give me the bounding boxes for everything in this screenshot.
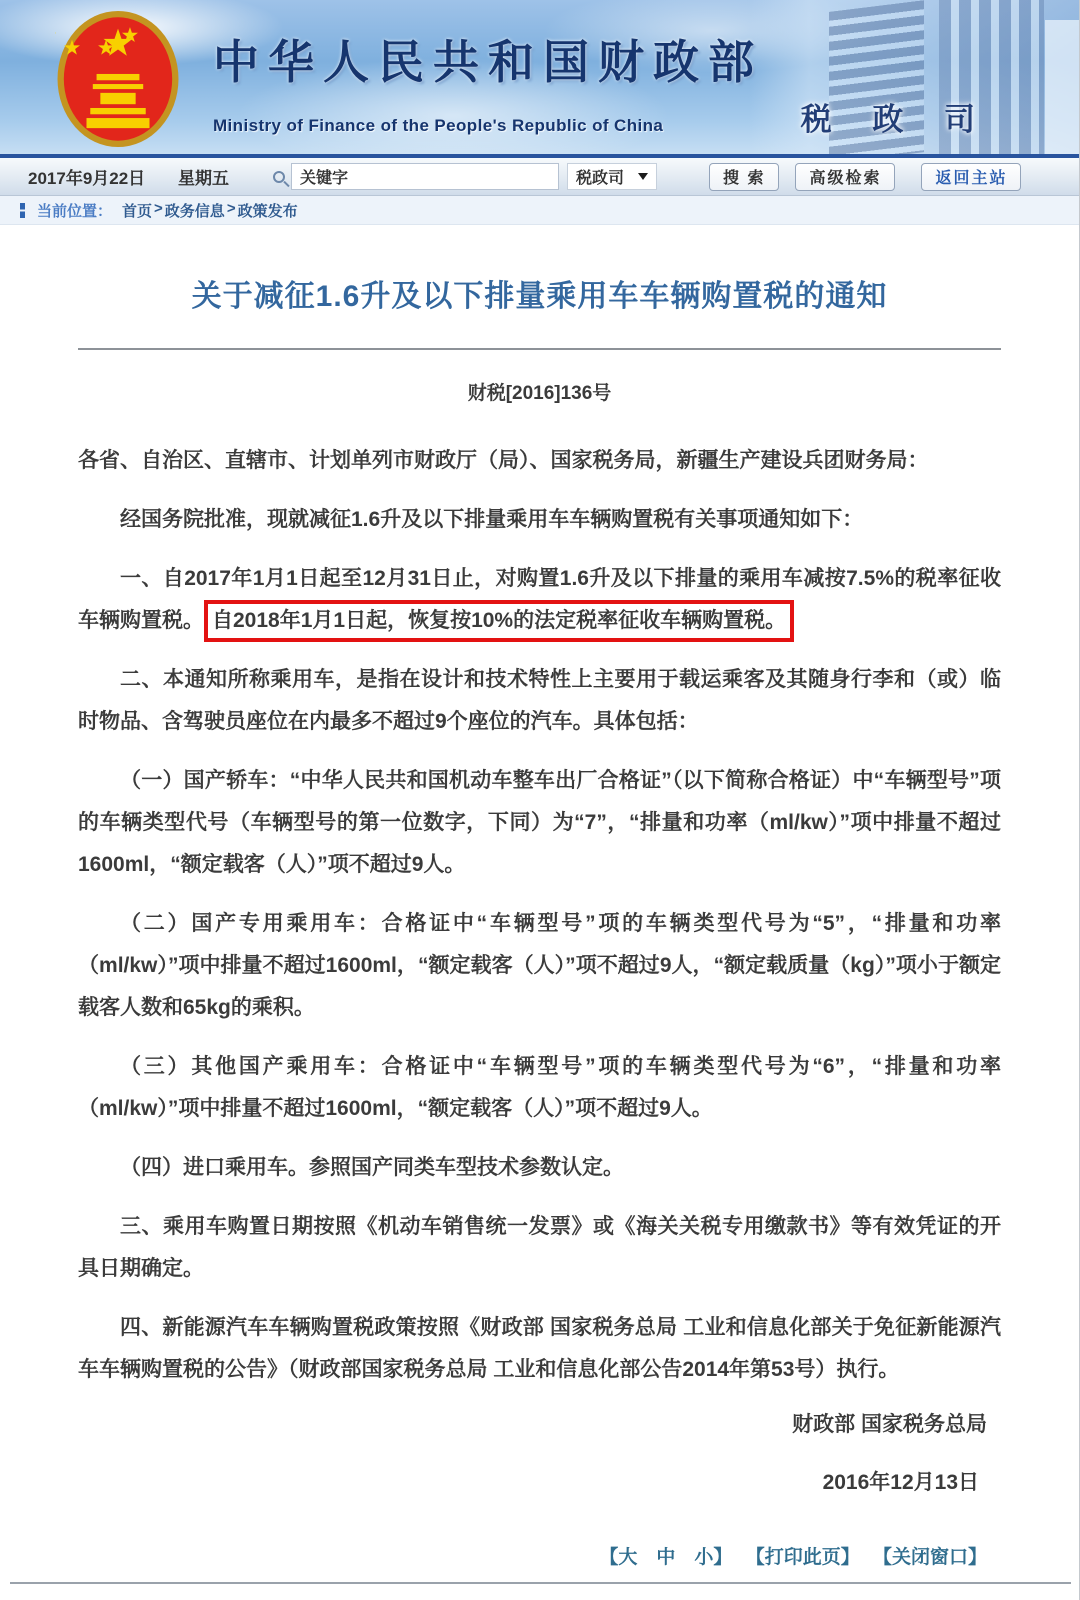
breadcrumb-item-home[interactable]: 首页	[122, 200, 152, 221]
document-number: 财税[2016]136号	[78, 378, 1001, 405]
font-size-links[interactable]: 【大 中 小】	[599, 1547, 732, 1568]
breadcrumb: 首页 > 政务信息 > 政策发布	[122, 200, 298, 221]
print-page-link[interactable]: 【打印此页】	[746, 1547, 860, 1568]
ministry-cn-title: 中华人民共和国财政部	[213, 26, 763, 92]
intro-paragraph: 经国务院批准，现就减征1.6升及以下排量乘用车车辆购置税有关事项通知如下：	[78, 499, 1001, 541]
page-title: 关于减征1.6升及以下排量乘用车车辆购置税的通知	[78, 271, 1001, 315]
breadcrumb-icon	[20, 203, 25, 218]
highlight-red-box: 自2018年1月1日起，恢复按10%的法定税率征收车辆购置税。	[204, 600, 794, 642]
salutation-paragraph: 各省、自治区、直辖市、计划单列市财政厅（局）、国家税务局，新疆生产建设兵团财务局…	[78, 440, 1001, 482]
site-header-banner: 中华人民共和国财政部 Ministry of Finance of the Pe…	[0, 0, 1079, 158]
sub-item3-paragraph: （三）其他国产乘用车：合格证中“车辆型号”项的车辆类型代号为“6”，“排量和功率…	[78, 1046, 1001, 1130]
search-area	[273, 163, 559, 190]
building-shape	[1045, 20, 1079, 158]
department-name: 税 政 司	[801, 94, 991, 139]
item2-paragraph: 二、本通知所称乘用车，是指在设计和技术特性上主要用于载运乘客及其随身行李和（或）…	[78, 659, 1001, 743]
close-window-link[interactable]: 【关闭窗口】	[873, 1547, 987, 1568]
sub-item2-paragraph: （二）国产专用乘用车：合格证中“车辆型号”项的车辆类型代号为“5”，“排量和功率…	[78, 903, 1001, 1029]
current-weekday: 星期五	[178, 164, 253, 189]
search-button[interactable]: 搜 索	[709, 163, 779, 191]
item4-paragraph: 四、新能源汽车车辆购置税政策按照《财政部 国家税务总局 工业和信息化部关于免征新…	[78, 1307, 1001, 1391]
breadcrumb-label: 当前位置：	[37, 200, 112, 221]
breadcrumb-item-policy[interactable]: 政策发布	[238, 200, 298, 221]
document-body: 各省、自治区、直辖市、计划单列市财政厅（局）、国家税务局，新疆生产建设兵团财务局…	[78, 440, 1001, 1391]
item1-paragraph: 一、自2017年1月1日起至12月31日止，对购置1.6升及以下排量的乘用车减按…	[78, 558, 1001, 642]
sub-item4-paragraph: （四）进口乘用车。参照国产同类车型技术参数认定。	[78, 1147, 1001, 1189]
department-dropdown[interactable]: 税政司	[567, 163, 657, 190]
department-dropdown-value: 税政司	[576, 165, 624, 188]
breadcrumb-item-govinfo[interactable]: 政务信息	[165, 200, 225, 221]
current-date: 2017年9月22日	[28, 164, 178, 189]
page: 中华人民共和国财政部 Ministry of Finance of the Pe…	[0, 0, 1080, 1600]
toolbar: 2017年9月22日 星期五 税政司 搜 索 高级检索 返回主站	[0, 158, 1079, 196]
chevron-down-icon	[638, 173, 648, 180]
page-action-links: 【大 中 小】 【打印此页】 【关闭窗口】	[78, 1542, 1001, 1569]
return-home-button[interactable]: 返回主站	[921, 163, 1021, 191]
breadcrumb-bar: 当前位置： 首页 > 政务信息 > 政策发布	[0, 196, 1079, 225]
bottom-divider	[10, 1582, 1071, 1584]
breadcrumb-separator: >	[154, 200, 163, 221]
search-input[interactable]	[291, 163, 559, 190]
title-divider	[78, 348, 1001, 350]
breadcrumb-separator: >	[227, 200, 236, 221]
ministry-en-title: Ministry of Finance of the People's Repu…	[213, 116, 763, 136]
item3-paragraph: 三、乘用车购置日期按照《机动车销售统一发票》或《海关关税专用缴款书》等有效凭证的…	[78, 1206, 1001, 1290]
issue-date: 2016年12月13日	[78, 1466, 1001, 1496]
issuing-authority: 财政部 国家税务总局	[78, 1408, 1001, 1438]
sub-item1-paragraph: （一）国产轿车：“中华人民共和国机动车整车出厂合格证”（以下简称合格证）中“车辆…	[78, 760, 1001, 886]
search-icon	[273, 171, 285, 183]
advanced-search-button[interactable]: 高级检索	[795, 163, 895, 191]
national-emblem-icon	[55, 8, 181, 150]
notice-document: 关于减征1.6升及以下排量乘用车车辆购置税的通知 财税[2016]136号 各省…	[0, 271, 1079, 1569]
